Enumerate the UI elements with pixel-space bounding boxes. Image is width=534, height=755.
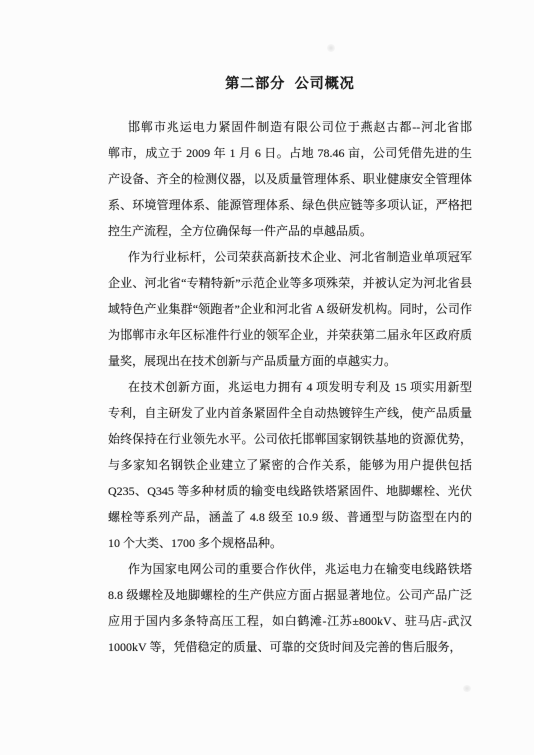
page-title: 第二部分 公司概况 [108, 72, 472, 98]
text-line: 量奖，展现出在技术创新与产品质量方面的卓越实力。 [108, 348, 472, 374]
text-line: 螺栓等系列产品，涵盖了 4.8 级至 10.9 级、普通型与防盗型在内的 [108, 504, 472, 530]
text-line: 邯郸市兆运电力紧固件制造有限公司位于燕赵古都--河北省邯 [108, 114, 472, 140]
scanned-document-page: 第二部分 公司概况 邯郸市兆运电力紧固件制造有限公司位于燕赵古都--河北省邯 郸… [0, 0, 534, 755]
text-line: 1000kV 等，凭借稳定的质量、可靠的交货时间及完善的售后服务， [108, 634, 472, 660]
text-line: 控生产流程，全方位确保每一件产品的卓越品质。 [108, 218, 472, 244]
text-line: 10 个大类、1700 多个规格品种。 [108, 530, 472, 556]
text-line: 郸市，成立于 2009 年 1 月 6 日。占地 78.46 亩，公司凭借先进的… [108, 140, 472, 166]
text-column: 第二部分 公司概况 邯郸市兆运电力紧固件制造有限公司位于燕赵古都--河北省邯 郸… [108, 72, 472, 660]
paragraph-state-grid-partner: 作为国家电网公司的重要合作伙伴，兆运电力在输变电线路铁塔 8.8 级螺栓及地脚螺… [108, 556, 472, 660]
text-line: 与多家知名钢铁企业建立了紧密的合作关系，能够为用户提供包括 [108, 452, 472, 478]
text-line: 始终保持在行业领先水平。公司依托邯郸国家钢铁基地的资源优势， [108, 426, 472, 452]
scan-artifact-speck [463, 685, 471, 692]
paragraph-tech-innovation: 在技术创新方面，兆运电力拥有 4 项发明专利及 15 项实用新型 专利，自主研发… [108, 374, 472, 556]
text-line: 专利，自主研发了业内首条紧固件全自动热镀锌生产线，使产品质量 [108, 400, 472, 426]
text-line: 作为行业标杆，公司荣获高新技术企业、河北省制造业单项冠军 [108, 244, 472, 270]
paragraph-company-intro: 邯郸市兆运电力紧固件制造有限公司位于燕赵古都--河北省邯 郸市，成立于 2009… [108, 114, 472, 244]
scan-artifact-speck [327, 44, 335, 52]
text-line: 域特色产业集群“领跑者”企业和河北省 A 级研发机构。同时，公司作 [108, 296, 472, 322]
text-line: 作为国家电网公司的重要合作伙伴，兆运电力在输变电线路铁塔 [108, 556, 472, 582]
text-line: 为邯郸市永年区标准件行业的领军企业，并荣获第二届永年区政府质 [108, 322, 472, 348]
paragraph-industry-honors: 作为行业标杆，公司荣获高新技术企业、河北省制造业单项冠军 企业、河北省“专精特新… [108, 244, 472, 374]
text-line: 产设备、齐全的检测仪器，以及质量管理体系、职业健康安全管理体 [108, 166, 472, 192]
text-line: 企业、河北省“专精特新”示范企业等多项殊荣，并被认定为河北省县 [108, 270, 472, 296]
text-line: 应用于国内多条特高压工程，如白鹤滩-江苏±800kV、驻马店-武汉 [108, 608, 472, 634]
text-line: 系、环境管理体系、能源管理体系、绿色供应链等多项认证，严格把 [108, 192, 472, 218]
text-line: 在技术创新方面，兆运电力拥有 4 项发明专利及 15 项实用新型 [108, 374, 472, 400]
text-line: Q235、Q345 等多种材质的输变电线路铁塔紧固件、地脚螺栓、光伏 [108, 478, 472, 504]
text-line: 8.8 级螺栓及地脚螺栓的生产供应方面占据显著地位。公司产品广泛 [108, 582, 472, 608]
